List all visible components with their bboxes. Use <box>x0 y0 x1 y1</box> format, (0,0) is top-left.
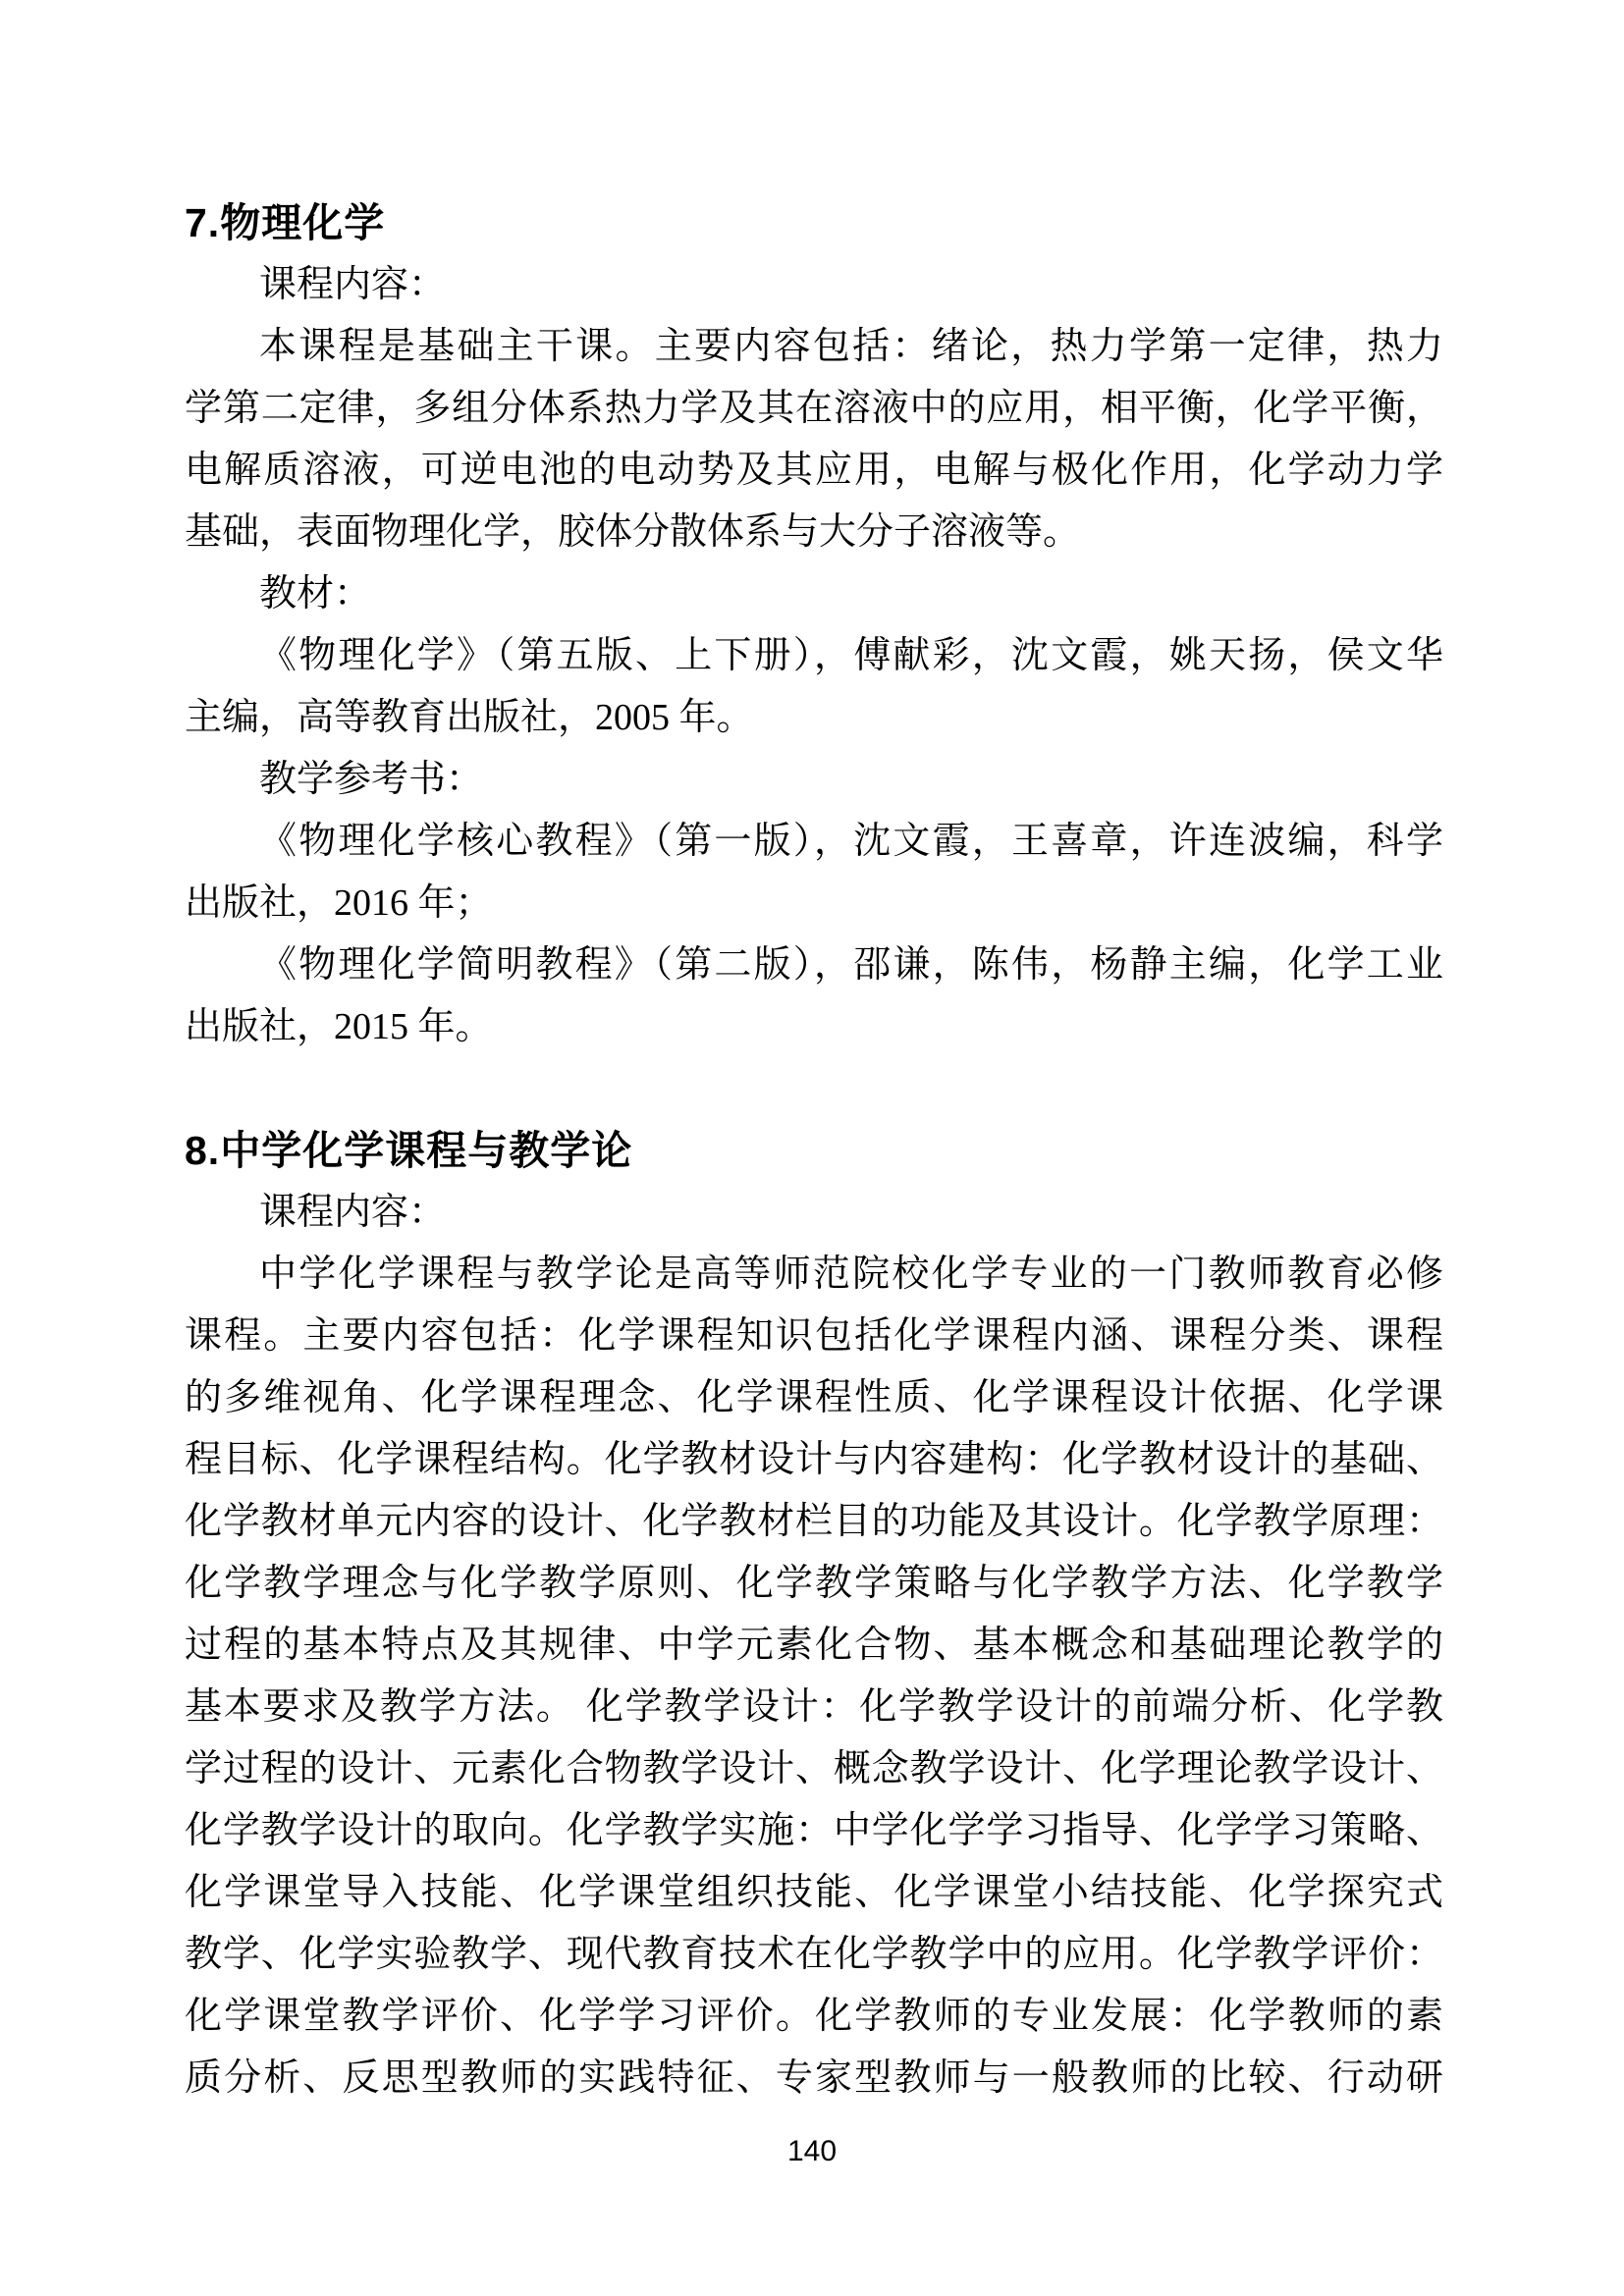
section-divider-space <box>185 1058 1443 1120</box>
text-line: 学第二定律，多组分体系热力学及其在溶液中的应用，相平衡，化学平衡， <box>185 378 1443 440</box>
text-line: 主编，高等教育出版社，2005 年。 <box>185 687 1443 749</box>
text-line: 课程。主要内容包括：化学课程知识包括化学课程内涵、课程分类、课程 <box>185 1306 1443 1367</box>
text-line: 出版社，2016 年； <box>185 873 1443 934</box>
text-line: 化学教材单元内容的设计、化学教材栏目的功能及其设计。化学教学原理： <box>185 1491 1443 1553</box>
text-content: 7.物理化学 课程内容： 本课程是基础主干课。主要内容包括：绪论，热力学第一定律… <box>185 192 1443 2109</box>
text-line: 过程的基本特点及其规律、中学元素化合物、基本概念和基础理论教学的 <box>185 1615 1443 1677</box>
text-line: 《物理化学》（第五版、上下册），傅献彩，沈文霞，姚天扬，侯文华 <box>185 625 1443 687</box>
text-line: 《物理化学简明教程》（第二版），邵谦，陈伟，杨静主编，化学工业 <box>185 934 1443 996</box>
text-line: 化学课堂教学评价、化学学习评价。化学教师的专业发展：化学教师的素 <box>185 1986 1443 2048</box>
text-line: 化学教学理念与化学教学原则、化学教学策略与化学教学方法、化学教学 <box>185 1553 1443 1615</box>
text-line: 基本要求及教学方法。 化学教学设计：化学教学设计的前端分析、化学教 <box>185 1677 1443 1738</box>
text-line: 课程内容： <box>185 254 1443 316</box>
text-line: 《物理化学核心教程》（第一版），沈文霞，王喜章，许连波编，科学 <box>185 811 1443 873</box>
document-page: 7.物理化学 课程内容： 本课程是基础主干课。主要内容包括：绪论，热力学第一定律… <box>0 0 1624 2296</box>
section-8-heading: 8.中学化学课程与教学论 <box>185 1120 1443 1182</box>
text-line: 程目标、化学课程结构。化学教材设计与内容建构：化学教材设计的基础、 <box>185 1429 1443 1491</box>
text-line: 课程内容： <box>185 1182 1443 1244</box>
section-8: 8.中学化学课程与教学论 课程内容： 中学化学课程与教学论是高等师范院校化学专业… <box>185 1120 1443 2109</box>
text-line: 教学参考书： <box>185 749 1443 811</box>
text-line: 基础，表面物理化学，胶体分散体系与大分子溶液等。 <box>185 502 1443 563</box>
text-line: 教材： <box>185 563 1443 625</box>
text-line: 本课程是基础主干课。主要内容包括：绪论，热力学第一定律，热力 <box>185 316 1443 378</box>
section-7: 7.物理化学 课程内容： 本课程是基础主干课。主要内容包括：绪论，热力学第一定律… <box>185 192 1443 1058</box>
text-line: 出版社，2015 年。 <box>185 996 1443 1058</box>
text-line: 学过程的设计、元素化合物教学设计、概念教学设计、化学理论教学设计、 <box>185 1738 1443 1800</box>
text-line: 的多维视角、化学课程理念、化学课程性质、化学课程设计依据、化学课 <box>185 1367 1443 1429</box>
text-line: 化学课堂导入技能、化学课堂组织技能、化学课堂小结技能、化学探究式 <box>185 1862 1443 1924</box>
text-line: 教学、化学实验教学、现代教育技术在化学教学中的应用。化学教学评价： <box>185 1924 1443 1986</box>
text-line: 中学化学课程与教学论是高等师范院校化学专业的一门教师教育必修 <box>185 1244 1443 1306</box>
text-line: 化学教学设计的取向。化学教学实施：中学化学学习指导、化学学习策略、 <box>185 1800 1443 1862</box>
text-line: 质分析、反思型教师的实践特征、专家型教师与一般教师的比较、行动研 <box>185 2048 1443 2109</box>
text-line: 电解质溶液，可逆电池的电动势及其应用，电解与极化作用，化学动力学 <box>185 440 1443 502</box>
section-7-heading: 7.物理化学 <box>185 192 1443 254</box>
page-number: 140 <box>0 2132 1624 2171</box>
